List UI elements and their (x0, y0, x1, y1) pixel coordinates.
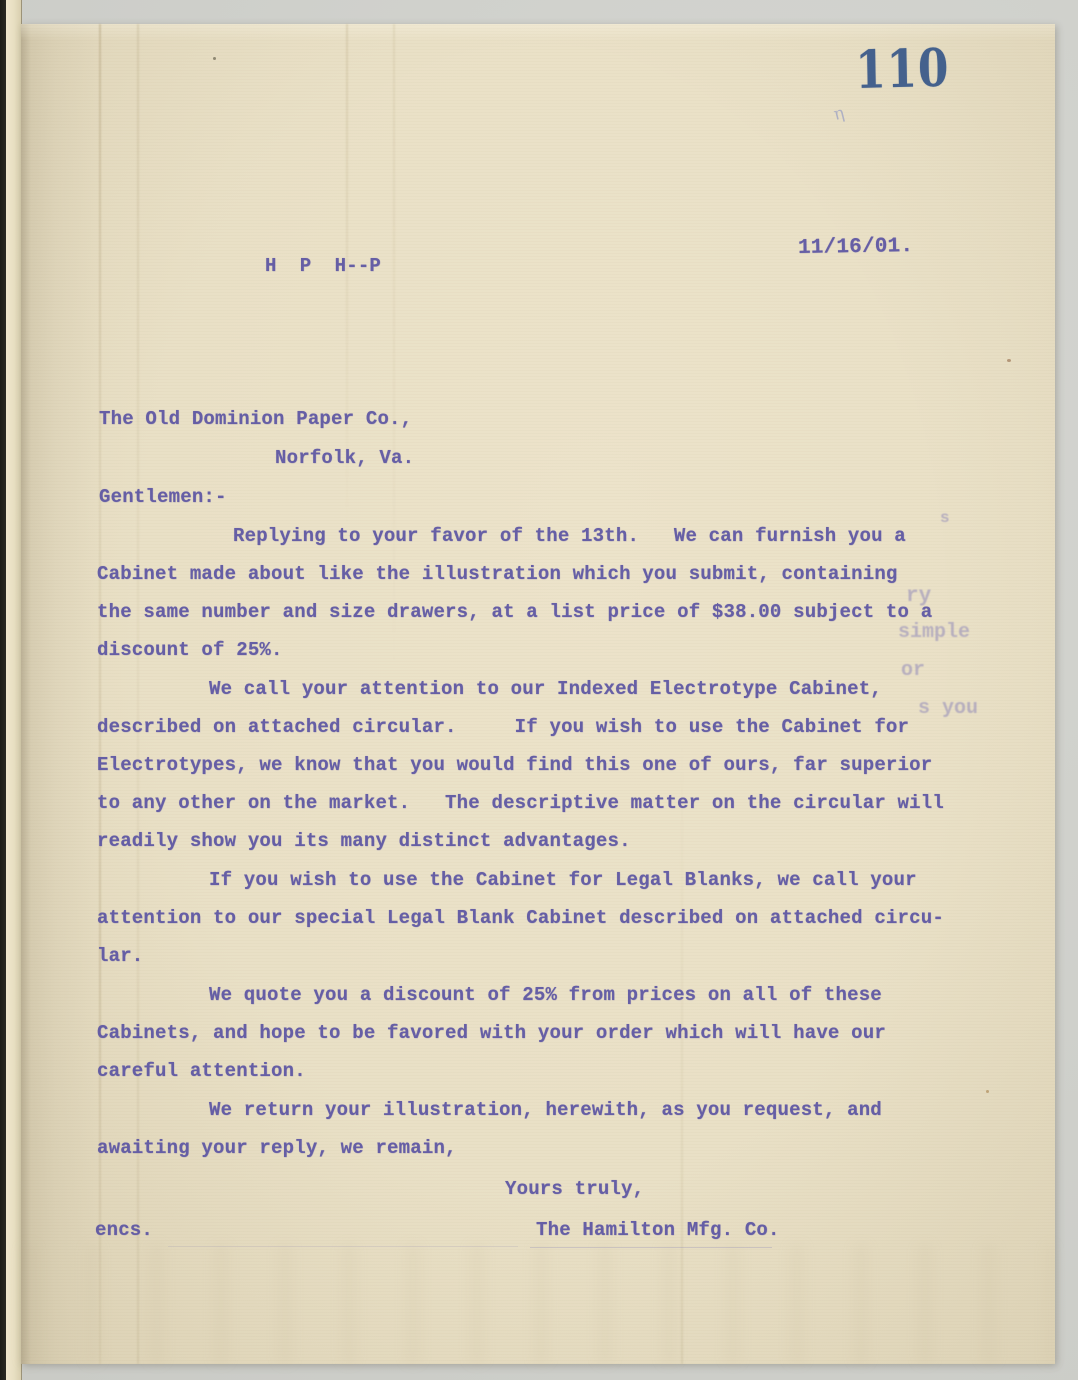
body-line: Cabinet made about like the illustration… (97, 564, 898, 586)
body-line: readily show you its many distinct advan… (97, 831, 631, 853)
enclosures-note: encs. (95, 1220, 153, 1242)
body-line: lar. (97, 946, 143, 968)
body-line: Cabinets, and hope to be favored with yo… (97, 1023, 886, 1045)
body-line: We quote you a discount of 25% from pric… (209, 985, 882, 1007)
body-line: awaiting your reply, we remain, (97, 1138, 457, 1160)
body-line: discount of 25%. (97, 640, 283, 662)
body-line: Electrotypes, we know that you would fin… (97, 755, 932, 777)
recipient-city: Norfolk, Va. (275, 448, 414, 470)
recipient-name: The Old Dominion Paper Co., (99, 409, 412, 431)
body-line: If you wish to use the Cabinet for Legal… (209, 870, 917, 892)
body-line: described on attached circular. If you w… (97, 717, 909, 739)
body-line: We call your attention to our Indexed El… (209, 679, 882, 701)
body-line: to any other on the market. The descript… (97, 793, 944, 815)
letter-date: 11/16/01. (798, 235, 914, 261)
company-signature: The Hamilton Mfg. Co. (536, 1220, 780, 1242)
salutation: Gentlemen:- (99, 487, 227, 509)
letterbook-photo: srysimpleors you H P H--P11/16/01.The Ol… (0, 0, 1078, 1380)
body-line: attention to our special Legal Blank Cab… (97, 908, 944, 930)
reference-initials: H P H--P (265, 256, 381, 278)
body-line: We return your illustration, herewith, a… (209, 1100, 882, 1122)
page-number-stamp: 110 (855, 43, 950, 97)
body-line: Replying to your favor of the 13th. We c… (233, 526, 906, 548)
valediction: Yours truly, (505, 1179, 644, 1201)
typescript-layer: H P H--P11/16/01.The Old Dominion Paper … (0, 0, 1078, 1380)
body-line: the same number and size drawers, at a l… (97, 602, 932, 624)
body-line: careful attention. (97, 1061, 306, 1083)
